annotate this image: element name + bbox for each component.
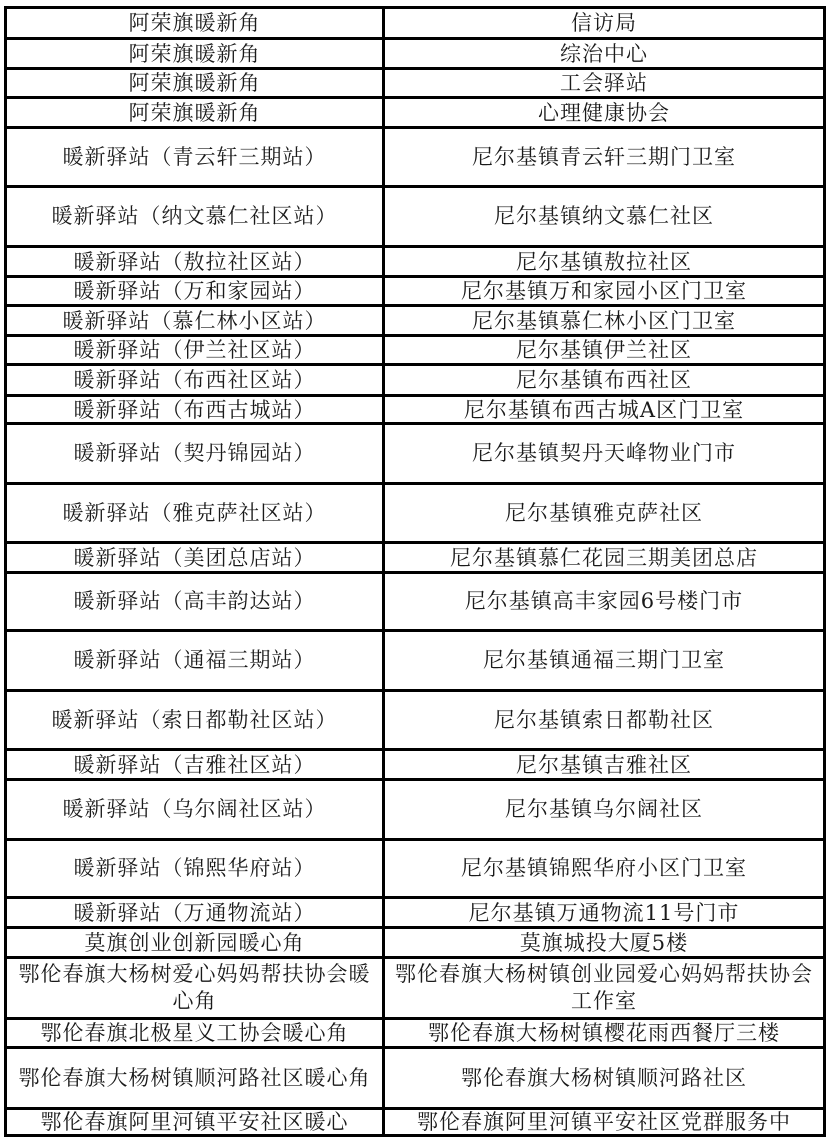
table-row: 鄂伦春旗大杨树镇顺河路社区暖心角鄂伦春旗大杨树镇顺河路社区 <box>4 1046 826 1107</box>
table-row: 鄂伦春旗大杨树爱心妈妈帮扶协会暖心角鄂伦春旗大杨树镇创业园爱心妈妈帮扶协会工作室 <box>4 956 826 1017</box>
station-name-cell: 暖新驿站（锦熙华府站） <box>4 841 385 896</box>
station-name-cell: 暖新驿站（慕仁林小区站） <box>4 307 385 334</box>
station-location-cell: 尼尔基镇敖拉社区 <box>385 248 826 275</box>
table-row: 鄂伦春旗阿里河镇平安社区暖心鄂伦春旗阿里河镇平安社区党群服务中 <box>4 1107 826 1134</box>
station-location-cell: 尼尔基镇锦熙华府小区门卫室 <box>385 841 826 896</box>
station-name-cell: 阿荣旗暖新角 <box>4 70 385 96</box>
table-row: 暖新驿站（雅克萨社区站）尼尔基镇雅克萨社区 <box>4 482 826 541</box>
table-row: 暖新驿站（高丰韵达站）尼尔基镇高丰家园6号楼门市 <box>4 571 826 629</box>
table-row: 暖新驿站（万和家园站）尼尔基镇万和家园小区门卫室 <box>4 275 826 304</box>
table-row: 暖新驿站（伊兰社区站）尼尔基镇伊兰社区 <box>4 334 826 363</box>
station-name-cell: 暖新驿站（伊兰社区站） <box>4 337 385 363</box>
table-row: 阿荣旗暖新角心理健康协会 <box>4 96 826 126</box>
table-row: 阿荣旗暖新角工会驿站 <box>4 67 826 96</box>
station-name-cell: 莫旗创业创新园暖心角 <box>4 929 385 956</box>
station-name-cell: 暖新驿站（万和家园站） <box>4 278 385 304</box>
station-name-cell: 阿荣旗暖新角 <box>4 9 385 37</box>
table-row: 暖新驿站（吉雅社区站）尼尔基镇吉雅社区 <box>4 748 826 778</box>
station-name-cell: 暖新驿站（通福三期站） <box>4 632 385 689</box>
table-row: 暖新驿站（美团总店站）尼尔基镇慕仁花园三期美团总店 <box>4 541 826 571</box>
table-row: 暖新驿站（索日都勒社区站）尼尔基镇索日都勒社区 <box>4 689 826 748</box>
station-name-cell: 暖新驿站（乌尔阔社区站） <box>4 781 385 838</box>
station-name-cell: 暖新驿站（吉雅社区站） <box>4 751 385 778</box>
station-name-cell: 阿荣旗暖新角 <box>4 40 385 67</box>
station-name-cell: 暖新驿站（高丰韵达站） <box>4 574 385 629</box>
station-location-cell: 尼尔基镇伊兰社区 <box>385 337 826 363</box>
station-location-cell: 尼尔基镇青云轩三期门卫室 <box>385 129 826 185</box>
table-row: 鄂伦春旗北极星义工协会暖心角鄂伦春旗大杨树镇樱花雨西餐厅三楼 <box>4 1017 826 1046</box>
table-row: 暖新驿站（布西社区站）尼尔基镇布西社区 <box>4 363 826 394</box>
station-location-cell: 尼尔基镇高丰家园6号楼门市 <box>385 574 826 629</box>
station-name-cell: 鄂伦春旗阿里河镇平安社区暖心 <box>4 1110 385 1134</box>
table-row: 暖新驿站（布西古城站）尼尔基镇布西古城A区门卫室 <box>4 394 826 422</box>
station-name-cell: 暖新驿站（契丹锦园站） <box>4 425 385 482</box>
station-name-cell: 暖新驿站（布西社区站） <box>4 366 385 394</box>
table-row: 暖新驿站（乌尔阔社区站）尼尔基镇乌尔阔社区 <box>4 778 826 838</box>
table-row: 暖新驿站（契丹锦园站）尼尔基镇契丹天峰物业门市 <box>4 422 826 482</box>
table-row: 暖新驿站（锦熙华府站）尼尔基镇锦熙华府小区门卫室 <box>4 838 826 896</box>
station-location-cell: 尼尔基镇布西社区 <box>385 366 826 394</box>
station-location-cell: 综治中心 <box>385 40 826 67</box>
station-location-cell: 尼尔基镇吉雅社区 <box>385 751 826 778</box>
station-name-cell: 暖新驿站（索日都勒社区站） <box>4 692 385 748</box>
station-location-cell: 尼尔基镇索日都勒社区 <box>385 692 826 748</box>
table-row: 阿荣旗暖新角信访局 <box>4 6 826 37</box>
station-location-cell: 尼尔基镇乌尔阔社区 <box>385 781 826 838</box>
station-name-cell: 鄂伦春旗大杨树镇顺河路社区暖心角 <box>4 1049 385 1107</box>
station-location-cell: 尼尔基镇通福三期门卫室 <box>385 632 826 689</box>
station-location-cell: 尼尔基镇慕仁林小区门卫室 <box>385 307 826 334</box>
table-row: 莫旗创业创新园暖心角莫旗城投大厦5楼 <box>4 926 826 956</box>
table-row: 暖新驿站（万通物流站）尼尔基镇万通物流11号门市 <box>4 896 826 926</box>
station-location-cell: 鄂伦春旗阿里河镇平安社区党群服务中 <box>385 1110 826 1134</box>
station-name-cell: 暖新驿站（纳文慕仁社区站） <box>4 188 385 245</box>
table-row: 暖新驿站（敖拉社区站）尼尔基镇敖拉社区 <box>4 245 826 275</box>
table-row: 暖新驿站（青云轩三期站）尼尔基镇青云轩三期门卫室 <box>4 126 826 185</box>
station-name-cell: 暖新驿站（美团总店站） <box>4 544 385 571</box>
station-location-cell: 尼尔基镇万和家园小区门卫室 <box>385 278 826 304</box>
table-row: 暖新驿站（通福三期站）尼尔基镇通福三期门卫室 <box>4 629 826 689</box>
station-location-cell: 莫旗城投大厦5楼 <box>385 929 826 956</box>
station-location-cell: 尼尔基镇慕仁花园三期美团总店 <box>385 544 826 571</box>
station-location-cell: 尼尔基镇契丹天峰物业门市 <box>385 425 826 482</box>
station-name-cell: 暖新驿站（雅克萨社区站） <box>4 485 385 541</box>
station-name-cell: 暖新驿站（万通物流站） <box>4 899 385 926</box>
station-name-cell: 鄂伦春旗大杨树爱心妈妈帮扶协会暖心角 <box>4 959 385 1017</box>
station-name-cell: 阿荣旗暖新角 <box>4 99 385 126</box>
station-location-cell: 尼尔基镇纳文慕仁社区 <box>385 188 826 245</box>
station-location-cell: 鄂伦春旗大杨树镇顺河路社区 <box>385 1049 826 1107</box>
station-name-cell: 暖新驿站（青云轩三期站） <box>4 129 385 185</box>
station-location-cell: 心理健康协会 <box>385 99 826 126</box>
station-location-cell: 尼尔基镇万通物流11号门市 <box>385 899 826 926</box>
station-name-cell: 暖新驿站（敖拉社区站） <box>4 248 385 275</box>
station-location-cell: 尼尔基镇雅克萨社区 <box>385 485 826 541</box>
table-row: 暖新驿站（纳文慕仁社区站）尼尔基镇纳文慕仁社区 <box>4 185 826 245</box>
station-name-cell: 暖新驿站（布西古城站） <box>4 397 385 422</box>
table-row: 阿荣旗暖新角综治中心 <box>4 37 826 67</box>
station-location-cell: 尼尔基镇布西古城A区门卫室 <box>385 397 826 422</box>
table-bottom-border <box>4 1134 826 1137</box>
station-location-cell: 工会驿站 <box>385 70 826 96</box>
station-location-cell: 信访局 <box>385 9 826 37</box>
station-location-cell: 鄂伦春旗大杨树镇樱花雨西餐厅三楼 <box>385 1020 826 1046</box>
table-row: 暖新驿站（慕仁林小区站）尼尔基镇慕仁林小区门卫室 <box>4 304 826 334</box>
station-name-cell: 鄂伦春旗北极星义工协会暖心角 <box>4 1020 385 1046</box>
station-location-cell: 鄂伦春旗大杨树镇创业园爱心妈妈帮扶协会工作室 <box>385 959 826 1017</box>
